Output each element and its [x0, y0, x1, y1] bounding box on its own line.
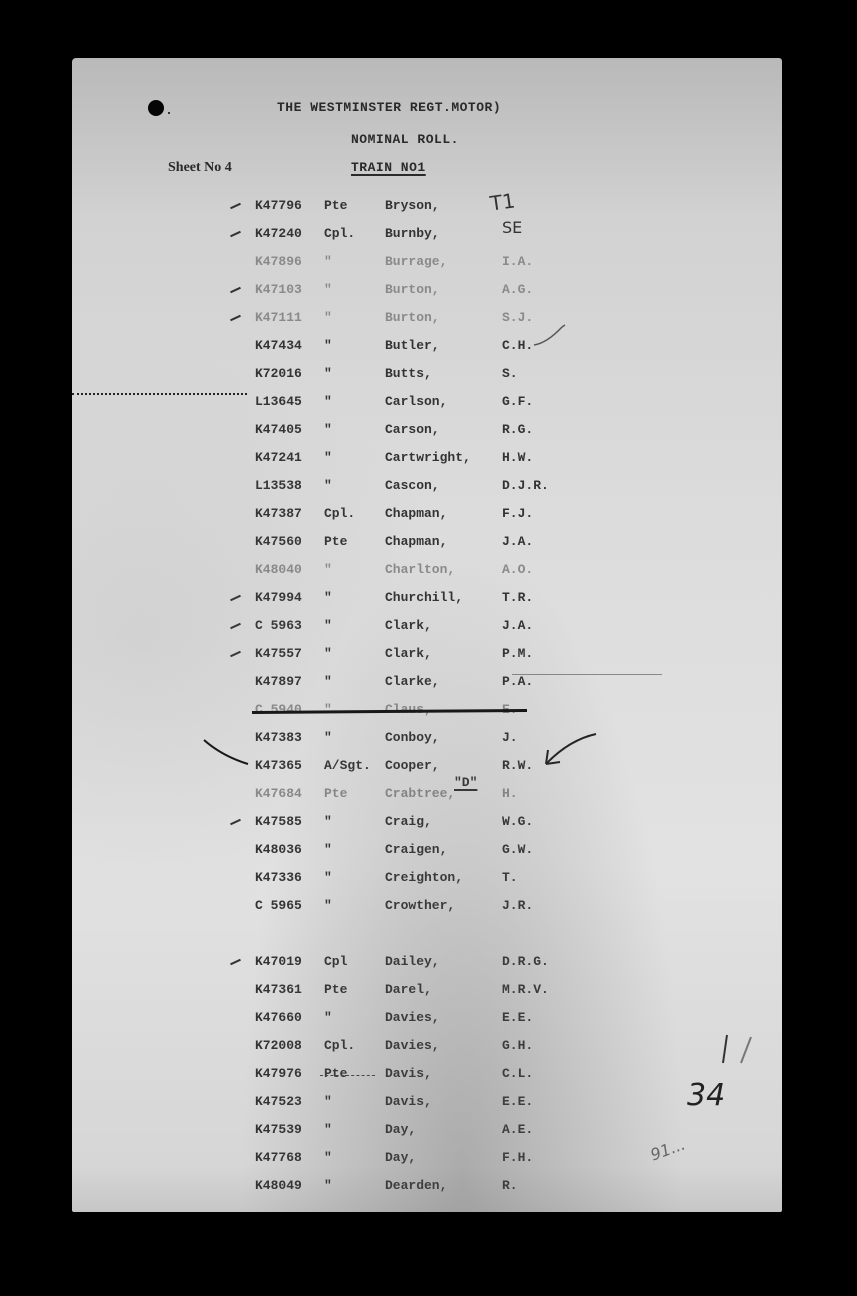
roll-entry: K47241"Cartwright,H.W. [72, 450, 782, 470]
roll-entry: K47383"Conboy,J. [72, 730, 782, 750]
roll-entry: K47994"Churchill,T.R. [72, 590, 782, 610]
roll-entry: K47557"Clark,P.M. [72, 646, 782, 666]
roll-entry: K72016"Butts,S. [72, 366, 782, 386]
handwritten-tick-marks [717, 1033, 757, 1083]
section-heading-d: "D" [454, 775, 477, 790]
roll-entry: K47684PteCrabtree,H. [72, 786, 782, 806]
roll-entry-struck-out: C 5940"Claus,E. [72, 702, 782, 722]
roll-entry-highlighted: K47365A/Sgt.Cooper,R.W. [72, 758, 782, 778]
roll-entry: L13645"Carlson,G.F. [72, 394, 782, 414]
roll-entry: K47405"Carson,R.G. [72, 422, 782, 442]
roll-entry: K48036"Craigen,G.W. [72, 842, 782, 862]
roll-entry: K47103"Burton,A.G. [72, 282, 782, 302]
roll-entry: K47523"Davis,E.E. [72, 1094, 782, 1114]
roll-entry: K47361PteDarel,M.R.V. [72, 982, 782, 1002]
document-title: THE WESTMINSTER REGT.MOTOR) [277, 100, 501, 115]
roll-entry: K48049"Dearden,R. [72, 1178, 782, 1198]
handwritten-arrow-icon [534, 726, 604, 771]
dashed-underline [320, 1075, 375, 1076]
roll-entry: C 5963"Clark,J.A. [72, 618, 782, 638]
roll-entry: L13538"Cascon,D.J.R. [72, 478, 782, 498]
punch-mark [168, 112, 170, 114]
roll-entry: K47796PteBryson, [72, 198, 782, 218]
roll-entry: K47019CplDailey,D.R.G. [72, 954, 782, 974]
roll-entry: K47240Cpl.Burnby, [72, 226, 782, 246]
handwritten-pointer-line [202, 738, 252, 768]
roll-entry: K72008Cpl.Davies,G.H. [72, 1038, 782, 1058]
punch-hole [148, 100, 164, 116]
roll-entry: C 5965"Crowther,J.R. [72, 898, 782, 918]
roll-entry: K47897"Clarke,P.A. [72, 674, 782, 694]
roll-entry: K47896"Burrage,I.A. [72, 254, 782, 274]
roll-entry: K47434"Butler,C.H. [72, 338, 782, 358]
train-label: TRAIN NO1 [351, 160, 426, 175]
roll-entry: K47111"Burton,S.J. [72, 310, 782, 330]
document-subtitle: NOMINAL ROLL. [351, 132, 459, 147]
roll-entry: K47560PteChapman,J.A. [72, 534, 782, 554]
sheet-number: Sheet No 4 [168, 160, 232, 176]
roll-entry: K47585"Craig,W.G. [72, 814, 782, 834]
roll-entry: K47660"Davies,E.E. [72, 1010, 782, 1030]
roll-entry: K48040"Charlton,A.O. [72, 562, 782, 582]
document-page: THE WESTMINSTER REGT.MOTOR) NOMINAL ROLL… [72, 58, 782, 1212]
roll-entry: K47336"Creighton,T. [72, 870, 782, 890]
roll-entry: K47387Cpl.Chapman,F.J. [72, 506, 782, 526]
handwritten-page-number: 34 [687, 1078, 725, 1113]
roll-entry: K47976PteDavis,C.L. [72, 1066, 782, 1086]
